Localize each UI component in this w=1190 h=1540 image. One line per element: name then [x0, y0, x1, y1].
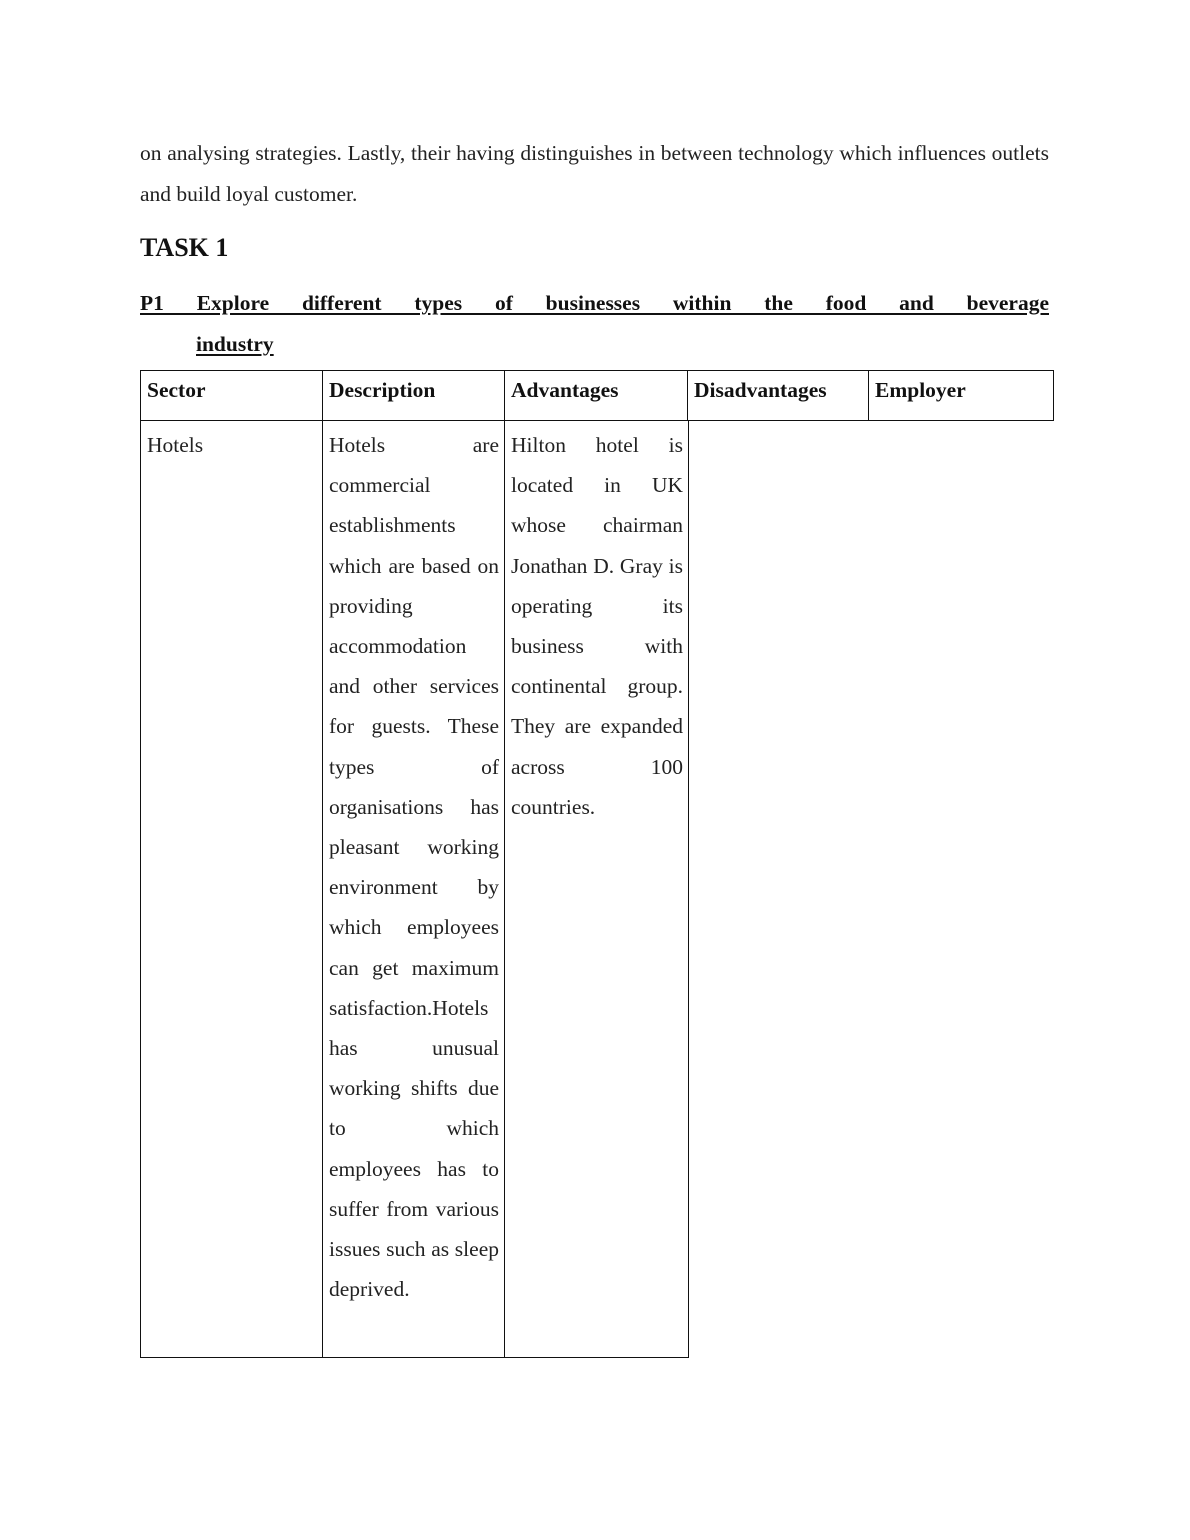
section-heading-line2: industry [140, 324, 1049, 365]
table-cell-sector: Hotels [140, 421, 322, 1358]
table-cell-advantages: Hilton hotel is located in UK whose chai… [504, 421, 689, 1358]
sector-text: Hotels [147, 425, 317, 465]
description-text: Hotels are commercial establishments whi… [329, 425, 499, 1309]
table-header-description: Description [322, 370, 504, 421]
table-header-disadvantages: Disadvantages [687, 370, 868, 421]
table-cell-description: Hotels are commercial establishments whi… [322, 421, 504, 1358]
table-header-advantages: Advantages [504, 370, 687, 421]
intro-paragraph: on analysing strategies. Lastly, their h… [140, 133, 1049, 214]
advantages-text: Hilton hotel is located in UK whose chai… [511, 425, 683, 827]
document-page: on analysing strategies. Lastly, their h… [0, 0, 1190, 1540]
table-header-sector: Sector [140, 370, 322, 421]
task-heading: TASK 1 [140, 230, 228, 266]
section-heading: P1 Explore different types of businesses… [140, 283, 1049, 364]
table-header-employer: Employer [868, 370, 1054, 421]
section-heading-line1: P1 Explore different types of businesses… [140, 283, 1049, 324]
